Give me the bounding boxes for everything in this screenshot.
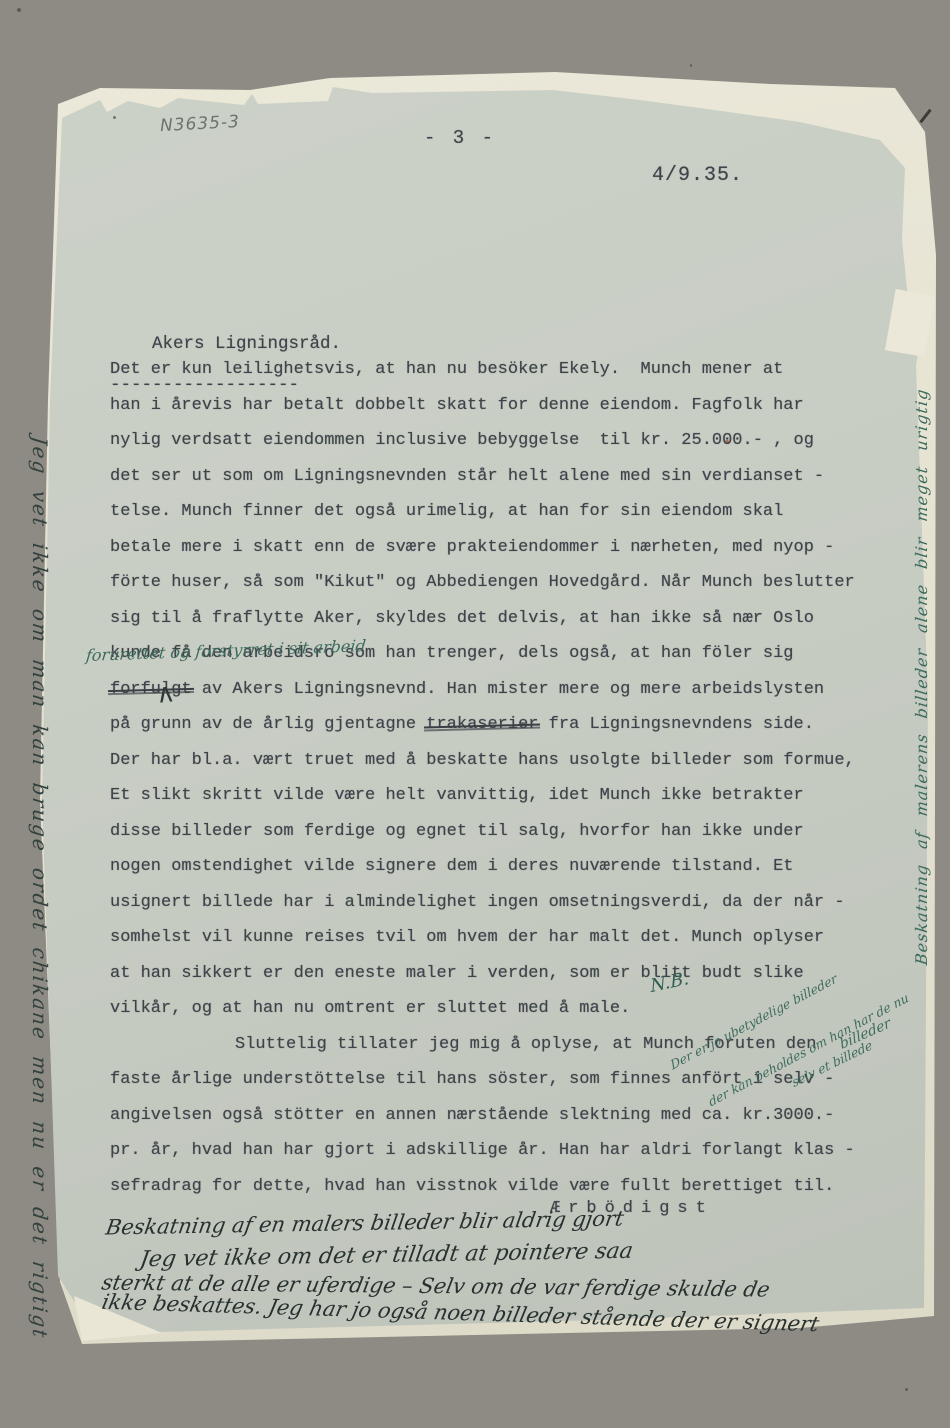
typed-text: förte huser, så som "Kikut" og Abbedieng…	[110, 573, 855, 592]
typed-text: av Akers Ligningsnevnd. Han mister mere …	[192, 680, 825, 699]
letter-date: 4/9.35.	[652, 164, 743, 187]
edge-ink-mark	[919, 109, 931, 123]
typed-line: nylig verdsatt eiendommen inclusive beby…	[110, 423, 900, 459]
left-margin-note: Jeg vet ikke om man kan bruge ordet chik…	[28, 435, 52, 1340]
typed-line: somhelst vil kunne reises tvil om hvem d…	[110, 920, 900, 956]
typed-text: det ser ut som om Ligningsnevnden står h…	[110, 467, 824, 486]
dust-speck	[113, 116, 116, 119]
letter-body: Det er kun leilighetsvis, at han nu besö…	[110, 352, 900, 1204]
typed-text: angivelsen også stötter en annen nærståe…	[110, 1106, 834, 1125]
typed-line: han i årevis har betalt dobbelt skatt fo…	[110, 388, 900, 424]
typed-text: sig til å fraflytte Aker, skyldes det de…	[110, 609, 814, 628]
dust-speck	[690, 64, 692, 67]
typed-line: disse billeder som ferdige og egnet til …	[110, 814, 900, 850]
photographed-document: N3635-3 - 3 - 4/9.35. Akers Ligningsråd.…	[0, 0, 950, 1428]
typed-text: telse. Munch finner det også urimelig, a…	[110, 502, 783, 521]
typed-text: på grunn av de årlig gjentagne	[110, 715, 426, 734]
typed-line: Det er kun leilighetsvis, at han nu besö…	[110, 352, 900, 388]
typed-line: pr. år, hvad han har gjort i adskillige …	[110, 1133, 900, 1169]
typed-text: vilkår, og at han nu omtrent er sluttet …	[110, 999, 630, 1018]
typed-line: at han sikkert er den eneste maler i ver…	[110, 956, 900, 992]
typed-text: Der har bl.a. vært truet med å beskatte …	[110, 751, 855, 770]
struck-word: forfulgt	[110, 680, 192, 699]
dust-speck	[905, 1388, 908, 1391]
typed-line: förte huser, så som "Kikut" og Abbedieng…	[110, 565, 900, 601]
typed-line: betale mere i skatt enn de svære praktei…	[110, 530, 900, 566]
archive-reference: N3635-3	[160, 112, 241, 136]
right-margin-note: Beskatning af malerens billeder alene bl…	[912, 388, 931, 966]
typed-text: at han sikkert er den eneste maler i ver…	[110, 964, 804, 983]
typed-text: Det er kun leilighetsvis, at han nu besö…	[110, 360, 783, 379]
page-number: - 3 -	[424, 127, 496, 149]
typed-text: pr. år, hvad han har gjort i adskillige …	[110, 1141, 855, 1160]
typed-line: telse. Munch finner det også urimelig, a…	[110, 494, 900, 530]
typed-text: usignert billede har i almindelighet ing…	[110, 893, 845, 912]
typed-line: Der har bl.a. vært truet med å beskatte …	[110, 743, 900, 779]
typed-line: nogen omstendighet vilde signere dem i d…	[110, 849, 900, 885]
dust-speck	[17, 8, 21, 12]
typed-text: sefradrag for dette, hvad han visstnok v…	[110, 1177, 834, 1196]
heading-text: Akers Ligningsråd.	[152, 334, 341, 354]
typed-line: Et slikt skritt vilde være helt vanvitti…	[110, 778, 900, 814]
typed-line: angivelsen også stötter en annen nærståe…	[110, 1098, 900, 1134]
typed-text: nogen omstendighet vilde signere dem i d…	[110, 857, 794, 876]
typed-line: det ser ut som om Ligningsnevnden står h…	[110, 459, 900, 495]
typed-line: forfulgt av Akers Ligningsnevnd. Han mis…	[110, 672, 900, 708]
typed-text: fra Ligningsnevndens side.	[538, 715, 813, 734]
typed-text: betale mere i skatt enn de svære praktei…	[110, 538, 834, 557]
typed-text: han i årevis har betalt dobbelt skatt fo…	[110, 396, 804, 415]
typed-line: på grunn av de årlig gjentagne trakaseri…	[110, 707, 900, 743]
insertion-caret: ∧	[154, 678, 176, 710]
struck-word: trakaserier	[426, 715, 538, 734]
typed-text: disse billeder som ferdige og egnet til …	[110, 822, 804, 841]
typed-text: somhelst vil kunne reises tvil om hvem d…	[110, 928, 824, 947]
typed-text: nylig verdsatt eiendommen inclusive beby…	[110, 431, 814, 450]
typed-line: sefradrag for dette, hvad han visstnok v…	[110, 1169, 900, 1205]
typed-line: usignert billede har i almindelighet ing…	[110, 885, 900, 921]
typed-line: sig til å fraflytte Aker, skyldes det de…	[110, 601, 900, 637]
typed-text: Et slikt skritt vilde være helt vanvitti…	[110, 786, 804, 805]
